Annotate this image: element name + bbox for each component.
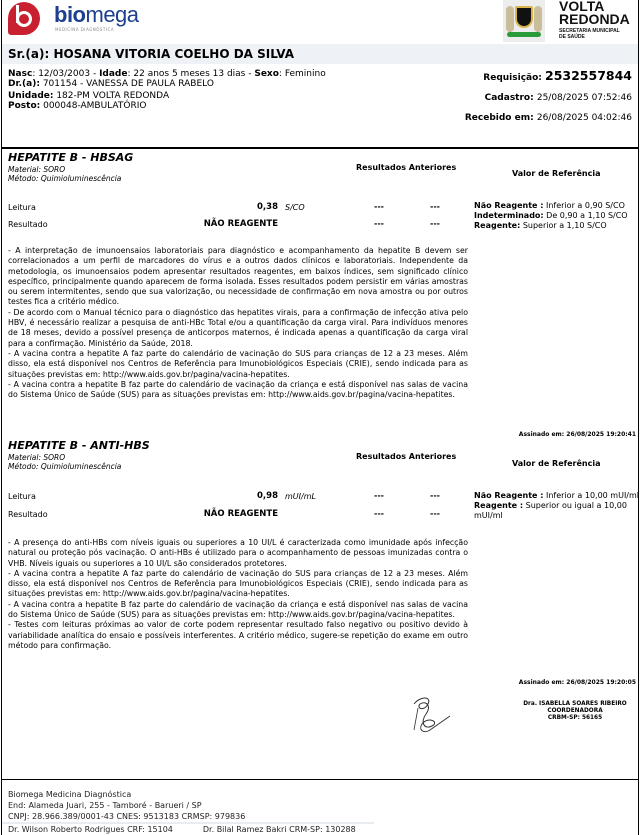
requesting-doctor: Dr.(a): 701154 - VANESSA DE PAULA RABELO [8,79,214,89]
previous-results-header: Resultados Anteriores [356,163,456,172]
reading-unit: S/CO [285,203,305,212]
footer-technical-managers: Dr. Wilson Roberto Rodrigues CRF: 15104D… [8,825,356,834]
request-number: Requisição: 2532557844 [483,68,632,83]
result-value: NÃO REAGENTE [152,509,278,519]
previous-result: --- [430,219,440,228]
footer-band [2,822,374,824]
collection-post: Posto: 000048-AMBULATÓRIO [8,101,146,111]
reading-value: 0,98 [202,491,278,501]
signature-image [402,690,462,738]
reading-label: Leitura [8,203,36,212]
volta-redonda-logo: VOLTA REDONDA SECRETARIA MUNICIPAL DE SA… [501,0,641,44]
company-registrations: CNPJ: 28.966.389/0001-43 CNES: 9513183 C… [8,811,245,822]
reference-item: Não Reagente : Inferior a 0,90 S/CO [474,201,640,211]
exam-notes: - A interpretação de imunoensaios labora… [8,246,468,400]
technical-manager: Dr. Wilson Roberto Rodrigues CRF: 15104 [8,825,173,834]
biomega-logo: biomega MEDICINA DIAGNÓSTICA [6,0,136,38]
registration-date: Cadastro: 25/08/2025 07:52:46 [485,93,632,103]
received-date: Recebido em: 26/08/2025 04:02:46 [465,113,632,123]
reading-value: 0,38 [202,202,278,212]
previous-result: --- [374,509,384,518]
responsible-signatory: Dra. ISABELLA SOARES RIBEIRO COORDENADOR… [510,701,640,722]
result-label: Resultado [8,510,48,519]
previous-result: --- [374,202,384,211]
lab-report-page: biomega MEDICINA DIAGNÓSTICA VOLTA REDON… [1,0,639,835]
unit: Unidade: 182-PM VOLTA REDONDA [8,91,169,101]
reference-header: Valor de Referência [512,459,601,468]
coat-of-arms-icon [503,0,545,42]
result-value: NÃO REAGENTE [152,219,278,229]
biomega-wordmark: biomega [54,2,139,28]
patient-name: Sr.(a): HOSANA VITORIA COELHO DA SILVA [8,47,294,61]
signed-timestamp: Assinado em: 26/08/2025 19:20:41 [519,431,636,438]
company-address: End: Alameda Juari, 255 - Tamboré - Baru… [8,800,245,811]
partner-subtitle: SECRETARIA MUNICIPAL DE SAÚDE [559,28,620,40]
exam-notes: - A presença do anti-HBs com níveis igua… [8,538,468,651]
footer-divider [2,779,638,780]
technical-manager: Dr. Bilal Ramez Bakri CRM-SP: 130288 [203,825,356,834]
exam-material: Material: SORO [8,165,65,174]
previous-results-header: Resultados Anteriores [356,452,456,461]
exam-method: Método: Quimioluminescência [8,462,121,471]
reference-item: Reagente : Superior ou igual a 10,00 mUI… [474,501,640,521]
previous-result: --- [374,219,384,228]
reference-values: Não Reagente : Inferior a 10,00 mUI/ml R… [474,491,640,521]
exam-material: Material: SORO [8,453,65,462]
patient-birth-age-sex: Nasc: 12/03/2003 - Idade: 22 anos 5 mese… [8,69,326,79]
reference-item: Indeterminado: De 0,90 a 1,10 S/CO [474,211,640,221]
reading-label: Leitura [8,492,36,501]
previous-result: --- [430,202,440,211]
result-label: Resultado [8,220,48,229]
reading-unit: mUI/mL [285,492,316,501]
exam-title: HEPATITE B - HBSAG [8,151,133,164]
partner-title: VOLTA REDONDA [559,0,630,26]
reference-header: Valor de Referência [512,169,601,178]
previous-result: --- [430,509,440,518]
company-name: Biomega Medicina Diagnóstica [8,789,245,800]
footer-company-info: Biomega Medicina Diagnóstica End: Alamed… [8,789,245,822]
biomega-tagline: MEDICINA DIAGNÓSTICA [55,27,114,32]
reference-values: Não Reagente : Inferior a 0,90 S/CO Inde… [474,201,640,231]
patient-name-band: Sr.(a): HOSANA VITORIA COELHO DA SILVA [2,44,638,64]
signed-timestamp: Assinado em: 26/08/2025 19:20:05 [519,679,636,686]
exam-title: HEPATITE B - ANTI-HBS [8,439,150,452]
reference-item: Não Reagente : Inferior a 10,00 mUI/ml [474,491,640,501]
previous-result: --- [430,491,440,500]
previous-result: --- [374,491,384,500]
biomega-logo-icon [8,2,40,35]
reference-item: Reagente: Superior a 1,10 S/CO [474,221,640,231]
exam-method: Método: Quimioluminescência [8,174,121,183]
header-divider [2,147,638,149]
